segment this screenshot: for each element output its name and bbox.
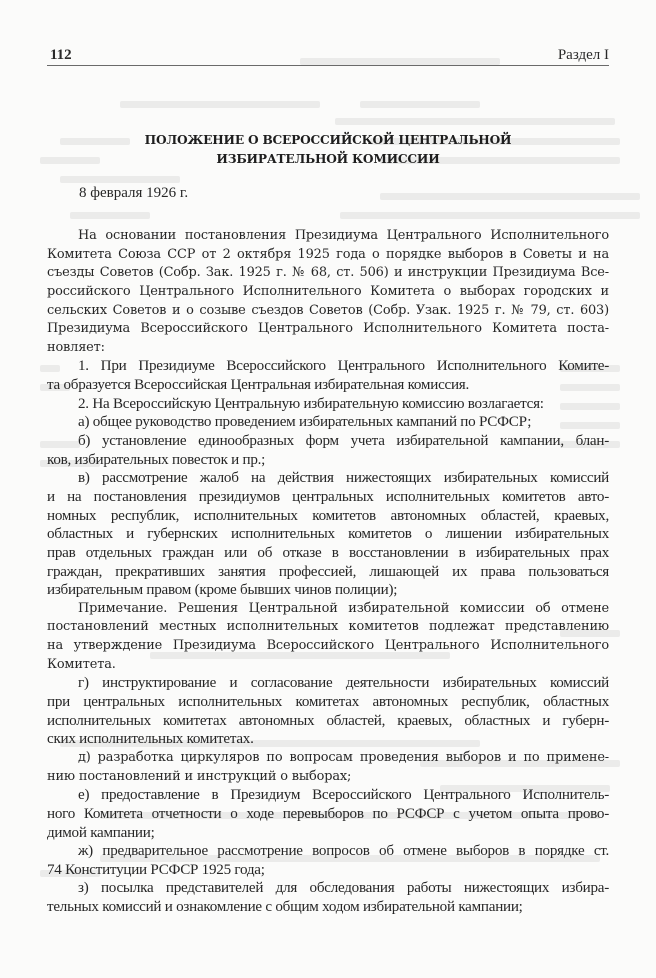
text-line: номных республик, исполнительных комитет… — [47, 507, 609, 526]
text-line: граждан, прекративших занятия профессией… — [47, 563, 609, 582]
paragraph-preamble: На основании постановления Президиума Це… — [47, 227, 609, 357]
paragraph-item-2a: а) общее руководство проведением избират… — [47, 413, 609, 432]
text-line: областных и губернских исполнительных ко… — [47, 525, 609, 544]
text-line: 2. На Всероссийскую Центральную избирате… — [47, 395, 609, 414]
text-line: димой кампании; — [47, 824, 609, 843]
text-line: и на постановления президиумов центральн… — [47, 488, 609, 507]
paragraph-item-2g: г) инструктирование и согласование деяте… — [47, 674, 609, 749]
paragraph-item-2: 2. На Всероссийскую Центральную избирате… — [47, 395, 609, 414]
paragraph-item-2v: в) рассмотрение жалоб на действия нижест… — [47, 469, 609, 599]
paragraph-item-2d: д) разработка циркуляров по вопросам про… — [47, 749, 609, 786]
page-number: 112 — [50, 47, 72, 64]
book-page: 112 Раздел I ПОЛОЖЕНИЕ О ВСЕРОССИЙСКОЙ Ц… — [0, 0, 656, 978]
text-line: Президиума Всероссийского Центрального И… — [47, 320, 609, 339]
text-line: е) предоставление в Президиум Всероссийс… — [47, 786, 609, 805]
text-line: ж) предварительное рассмотрение вопросов… — [47, 842, 609, 861]
title-line-1: ПОЛОЖЕНИЕ О ВСЕРОССИЙСКОЙ ЦЕНТРАЛЬНОЙ — [47, 131, 609, 150]
text-line: б) установление единообразных форм учета… — [47, 432, 609, 451]
text-line: ских исполнительных комитетах. — [47, 730, 609, 749]
document-title: ПОЛОЖЕНИЕ О ВСЕРОССИЙСКОЙ ЦЕНТРАЛЬНОЙ ИЗ… — [47, 131, 609, 168]
text-line: з) посылка представителей для обследован… — [47, 879, 609, 898]
text-line: ков, избирательных повесток и пр.; — [47, 451, 609, 470]
text-line: На основании постановления Президиума Це… — [47, 227, 609, 246]
text-line: избирательным правом (кроме бывших чинов… — [47, 581, 609, 600]
text-line: новляет: — [47, 339, 609, 358]
text-line: Комитета Союза ССР от 2 октября 1925 год… — [47, 246, 609, 265]
text-line: постановлений местных исполнительных ком… — [47, 618, 609, 637]
text-line: на утверждение Президиума Всероссийского… — [47, 637, 609, 656]
text-line: тельных комиссий и ознакомление с общим … — [47, 898, 609, 917]
text-line: прав отдельных граждан или об отказе в в… — [47, 544, 609, 563]
text-line: Комитета. — [47, 656, 609, 675]
paragraph-item-2b: б) установление единообразных форм учета… — [47, 432, 609, 469]
text-line: та образуется Всероссийская Центральная … — [47, 376, 609, 395]
text-line: Примечание. Решения Центральной избирате… — [47, 600, 609, 619]
document-body: На основании постановления Президиума Це… — [47, 227, 609, 917]
text-line: российского Центрального Исполнительного… — [47, 283, 609, 302]
document-date: 8 февраля 1926 г. — [79, 185, 188, 202]
text-line: при центральных исполнительных комитетах… — [47, 693, 609, 712]
section-label: Раздел I — [558, 47, 609, 64]
text-line: съезды Советов (Собр. Зак. 1925 г. № 68,… — [47, 264, 609, 283]
text-line: сельских Советов и о созыве съездов Сове… — [47, 302, 609, 321]
text-line: исполнительных комитетах автономных обла… — [47, 712, 609, 731]
paragraph-item-1: 1. При Президиуме Всероссийского Централ… — [47, 357, 609, 394]
paragraph-item-2zh: ж) предварительное рассмотрение вопросов… — [47, 842, 609, 879]
paragraph-item-2z: з) посылка представителей для обследован… — [47, 879, 609, 916]
text-line: д) разработка циркуляров по вопросам про… — [47, 749, 609, 768]
text-line: в) рассмотрение жалоб на действия нижест… — [47, 469, 609, 488]
running-header: 112 Раздел I — [47, 45, 609, 66]
text-line: ного Комитета отчетности о ходе перевыбо… — [47, 805, 609, 824]
text-line: 1. При Президиуме Всероссийского Централ… — [47, 357, 609, 376]
paragraph-note: Примечание. Решения Центральной избирате… — [47, 600, 609, 675]
text-line: 74 Конституции РСФСР 1925 года; — [47, 861, 609, 880]
text-line: нию постановлений и инструкций о выборах… — [47, 768, 609, 787]
title-line-2: ИЗБИРАТЕЛЬНОЙ КОМИССИИ — [47, 150, 609, 169]
paragraph-item-2e: е) предоставление в Президиум Всероссийс… — [47, 786, 609, 842]
text-line: г) инструктирование и согласование деяте… — [47, 674, 609, 693]
text-line: а) общее руководство проведением избират… — [47, 413, 609, 432]
